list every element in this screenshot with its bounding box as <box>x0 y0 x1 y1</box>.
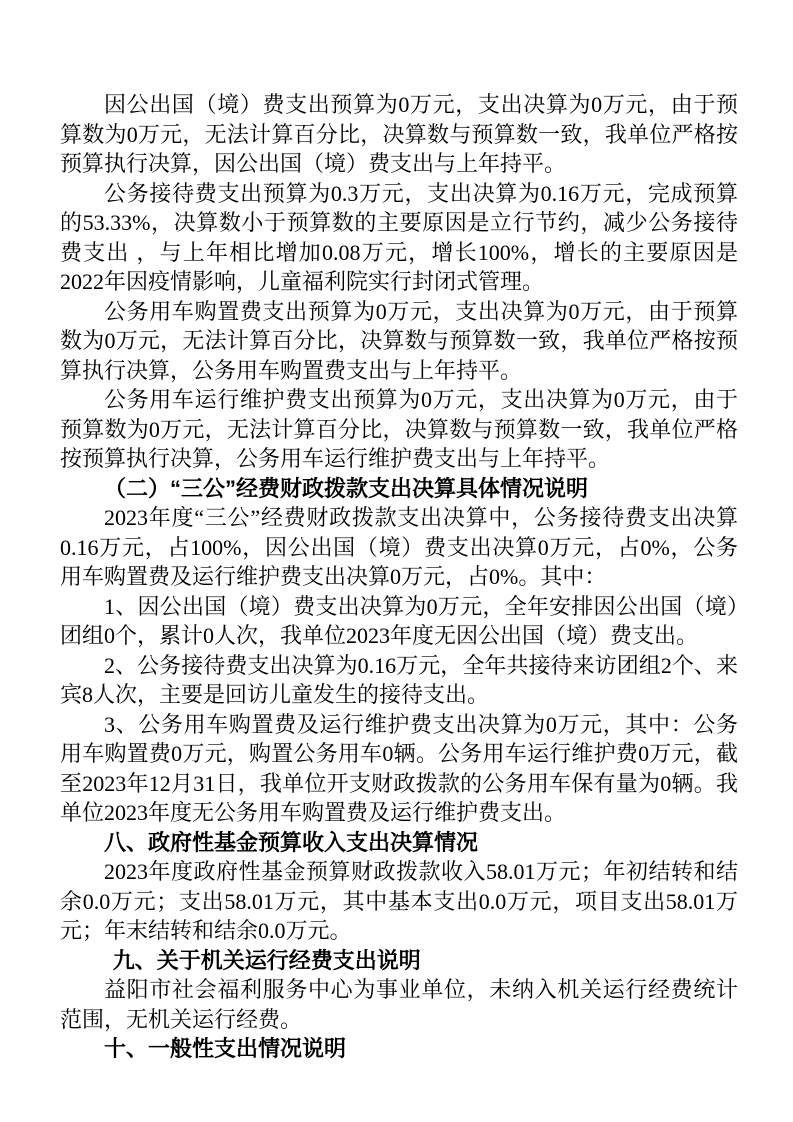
paragraph: 公务接待费支出预算为0.3万元，支出决算为0.16万元，完成预算的53.33%，… <box>60 179 738 297</box>
paragraph: 公务用车运行维护费支出预算为0万元，支出决算为0万元，由于预算数为0万元，无法计… <box>60 385 738 474</box>
section-heading: 八、政府性基金预算收入支出决算情况 <box>60 828 738 858</box>
paragraph: 公务用车购置费支出预算为0万元，支出决算为0万元，由于预算数为0万元，无法计算百… <box>60 297 738 386</box>
paragraph: 3、公务用车购置费及运行维护费支出决算为0万元，其中：公务用车购置费0万元，购置… <box>60 710 738 828</box>
section-heading: （二）“三公”经费财政拨款支出决算具体情况说明 <box>60 474 738 504</box>
document-page: 因公出国（境）费支出预算为0万元，支出决算为0万元，由于预算数为0万元，无法计算… <box>0 0 793 1122</box>
section-heading: 九、关于机关运行经费支出说明 <box>60 946 738 976</box>
paragraph: 2、公务接待费支出决算为0.16万元，全年共接待来访团组2个、来宾8人次，主要是… <box>60 651 738 710</box>
section-heading: 十、一般性支出情况说明 <box>60 1034 738 1064</box>
document-body: 因公出国（境）费支出预算为0万元，支出决算为0万元，由于预算数为0万元，无法计算… <box>60 90 738 1064</box>
paragraph: 2023年度“三公”经费财政拨款支出决算中，公务接待费支出决算0.16万元，占1… <box>60 503 738 592</box>
paragraph: 因公出国（境）费支出预算为0万元，支出决算为0万元，由于预算数为0万元，无法计算… <box>60 90 738 179</box>
paragraph: 1、因公出国（境）费支出决算为0万元，全年安排因公出国（境）团组0个，累计0人次… <box>60 592 738 651</box>
paragraph: 2023年度政府性基金预算财政拨款收入58.01万元；年初结转和结余0.0万元；… <box>60 857 738 946</box>
paragraph: 益阳市社会福利服务中心为事业单位，未纳入机关运行经费统计范围，无机关运行经费。 <box>60 975 738 1034</box>
